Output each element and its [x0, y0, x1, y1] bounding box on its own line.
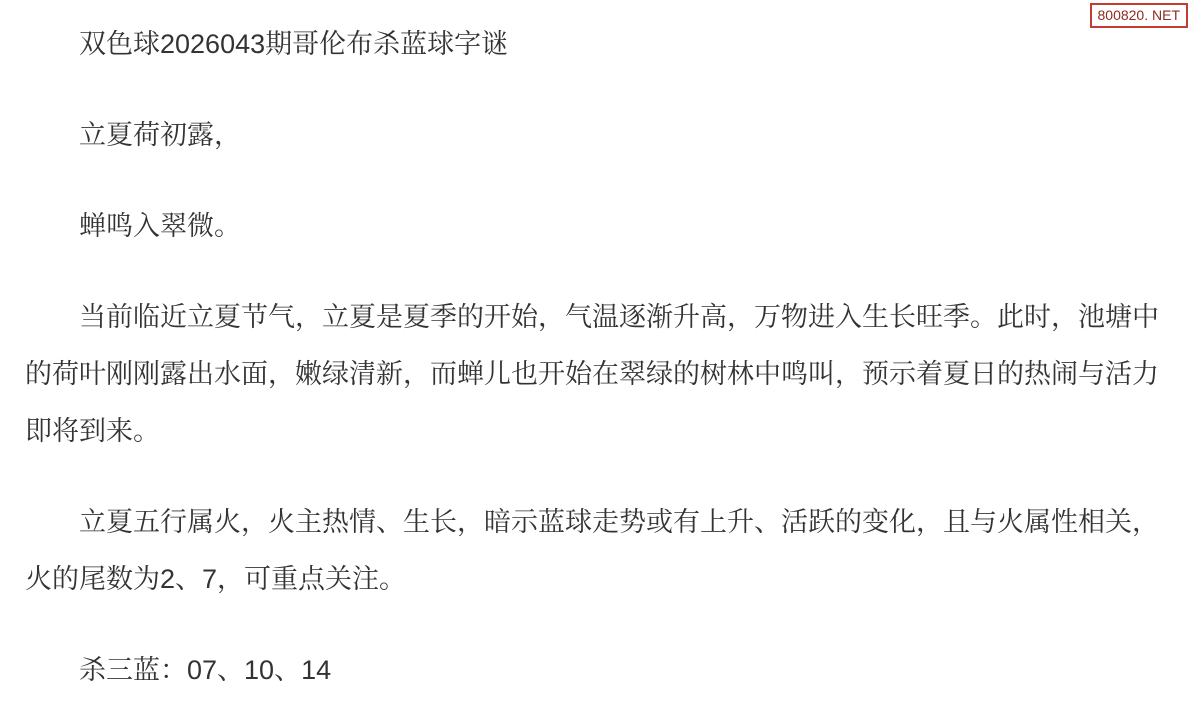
article-page: 双色球2026043期哥伦布杀蓝球字谜 立夏荷初露， 蝉鸣入翠微。 当前临近立夏… — [0, 0, 1190, 715]
paragraph-analysis-line-1: 立夏五行属火，火主热情、生长，暗示蓝球走势或有上升、活跃的变化，且与火属性相关， — [25, 494, 1165, 551]
watermark-badge: 800820. NET — [1090, 3, 1189, 28]
paragraph-season-line-1: 当前临近立夏节气，立夏是夏季的开始，气温逐渐升高，万物进入生长旺季。此时，池塘中 — [25, 289, 1165, 346]
paragraph-season-line-3: 即将到来。 — [25, 403, 1165, 460]
kill-blue-numbers-line: 杀三蓝：07、10、14 — [25, 642, 1165, 699]
paragraph-season: 当前临近立夏节气，立夏是夏季的开始，气温逐渐升高，万物进入生长旺季。此时，池塘中… — [25, 289, 1165, 460]
paragraph-analysis: 立夏五行属火，火主热情、生长，暗示蓝球走势或有上升、活跃的变化，且与火属性相关，… — [25, 494, 1165, 608]
poem-line-2: 蝉鸣入翠微。 — [25, 198, 1165, 255]
paragraph-analysis-line-2: 火的尾数为2、7，可重点关注。 — [25, 551, 1165, 608]
paragraph-season-line-2: 的荷叶刚刚露出水面，嫩绿清新，而蝉儿也开始在翠绿的树林中鸣叫，预示着夏日的热闹与… — [25, 346, 1165, 403]
poem-line-1: 立夏荷初露， — [25, 107, 1165, 164]
article-title: 双色球2026043期哥伦布杀蓝球字谜 — [25, 16, 1165, 73]
